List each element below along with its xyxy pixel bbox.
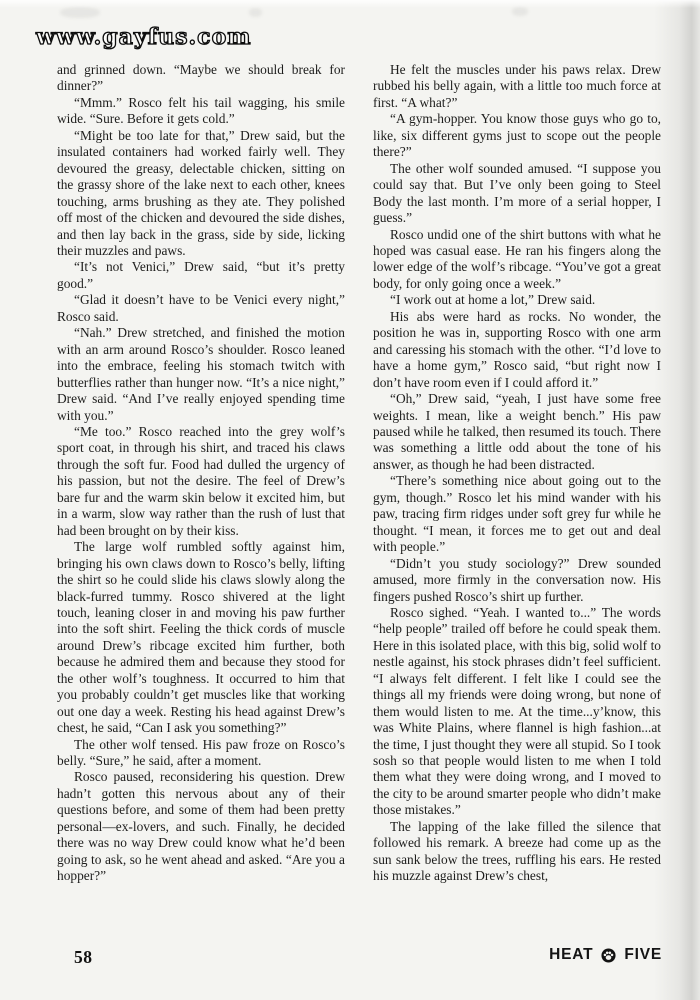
paragraph: “Nah.” Drew stretched, and finished the … bbox=[57, 325, 345, 424]
footer-brand: HEAT FIVE bbox=[549, 946, 662, 964]
site-watermark: www.gayfus.com bbox=[36, 24, 252, 50]
paragraph: The large wolf rumbled softly against hi… bbox=[57, 539, 345, 736]
text-column-right: He felt the muscles under his paws relax… bbox=[373, 62, 661, 885]
paragraph: The other wolf sounded amused. “I suppos… bbox=[373, 161, 661, 227]
scan-smudge bbox=[60, 7, 100, 18]
brand-word-five: FIVE bbox=[624, 946, 662, 964]
paragraph: He felt the muscles under his paws relax… bbox=[373, 62, 661, 111]
two-column-text: and grinned down. “Maybe we should break… bbox=[57, 62, 661, 885]
paragraph: “A gym-hopper. You know those guys who g… bbox=[373, 111, 661, 160]
paragraph: “Didn’t you study sociology?” Drew sound… bbox=[373, 556, 661, 605]
paragraph: and grinned down. “Maybe we should break… bbox=[57, 62, 345, 95]
scan-smudge bbox=[512, 7, 528, 16]
paragraph: “There’s something nice about going out … bbox=[373, 473, 661, 555]
page-number: 58 bbox=[74, 947, 93, 968]
paragraph: “Might be too late for that,” Drew said,… bbox=[57, 128, 345, 260]
paragraph: His abs were hard as rocks. No wonder, t… bbox=[373, 309, 661, 391]
brand-word-heat: HEAT bbox=[549, 946, 593, 964]
paragraph: “Me too.” Rosco reached into the grey wo… bbox=[57, 424, 345, 539]
paragraph: The lapping of the lake filled the silen… bbox=[373, 819, 661, 885]
paw-icon bbox=[601, 948, 616, 963]
paragraph: “Glad it doesn’t have to be Venici every… bbox=[57, 292, 345, 325]
paragraph: “Mmm.” Rosco felt his tail wagging, his … bbox=[57, 95, 345, 128]
page-edge-highlight bbox=[0, 0, 700, 8]
paragraph: “It’s not Venici,” Drew said, “but it’s … bbox=[57, 259, 345, 292]
paragraph: Rosco sighed. “Yeah. I wanted to...” The… bbox=[373, 605, 661, 819]
scan-smudge bbox=[249, 8, 262, 17]
paragraph: “I work out at home a lot,” Drew said. bbox=[373, 292, 661, 308]
text-column-left: and grinned down. “Maybe we should break… bbox=[57, 62, 345, 885]
paragraph: The other wolf tensed. His paw froze on … bbox=[57, 737, 345, 770]
paragraph: Rosco paused, reconsidering his question… bbox=[57, 769, 345, 884]
scanned-book-page: www.gayfus.com and grinned down. “Maybe … bbox=[0, 0, 700, 1000]
paragraph: Rosco undid one of the shirt buttons wit… bbox=[373, 227, 661, 293]
paragraph: “Oh,” Drew said, “yeah, I just have some… bbox=[373, 391, 661, 473]
